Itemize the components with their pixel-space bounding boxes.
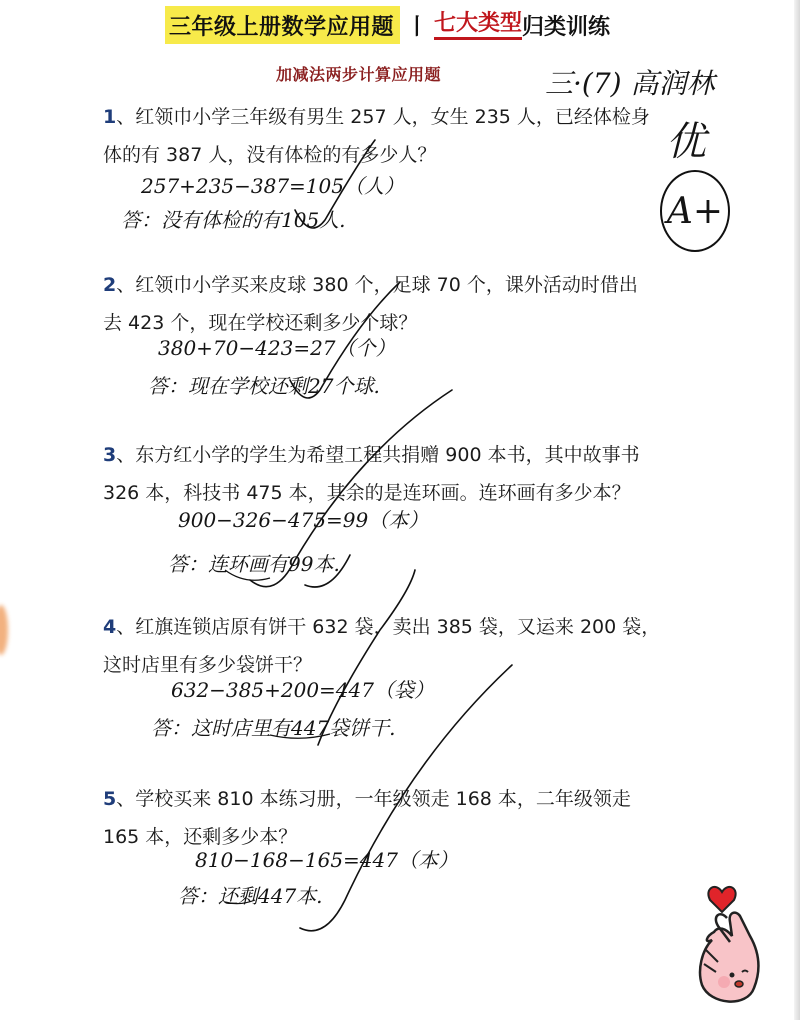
title-suffix: 归类训练: [522, 10, 610, 41]
finger-heart-sticker: [692, 880, 782, 1010]
problem-3: 3、东方红小学的学生为希望工程共捐赠 900 本书，其中故事书 326 本，科技…: [103, 436, 663, 512]
question-number: 1: [103, 106, 116, 128]
student-class-name: 三·(7) 高润林: [545, 62, 714, 102]
worksheet-title: 三年级上册数学应用题 丨 七大类型 归类训练: [165, 6, 610, 44]
section-subtitle: 加减法两步计算应用题: [276, 62, 441, 85]
calculation: 810−168−165=447（本）: [195, 844, 458, 873]
calculation: 257+235−387=105（人）: [141, 170, 404, 199]
problem-5: 5、学校买来 810 本练习册，一年级领走 168 本，二年级领走 165 本，…: [103, 780, 663, 856]
left-edge-smudge: [0, 605, 8, 655]
question: 1、红领巾小学三年级有男生 257 人，女生 235 人，已经体检身 体的有 3…: [103, 98, 663, 174]
question-line-1: 、红领巾小学买来皮球 380 个，足球 70 个，课外活动时借出: [116, 274, 638, 296]
question-number: 5: [103, 788, 116, 810]
answer: 答：这时店里有447袋饼干.: [151, 712, 396, 741]
question-line-2: 这时店里有多少袋饼干？: [103, 654, 312, 676]
question-line-2: 326 本，科技书 475 本，其余的是连环画。连环画有多少本？: [103, 482, 631, 504]
problem-4: 4、红旗连锁店原有饼干 632 袋，卖出 385 袋，又运来 200 袋， 这时…: [103, 608, 663, 684]
grade-area: 优 A+: [660, 110, 750, 250]
question-line-1: 、红旗连锁店原有饼干 632 袋，卖出 385 袋，又运来 200 袋，: [116, 616, 660, 638]
answer: 答：连环画有99本.: [168, 548, 340, 577]
problem-2: 2、红领巾小学买来皮球 380 个，足球 70 个，课外活动时借出 去 423 …: [103, 266, 663, 342]
question-line-1: 、红领巾小学三年级有男生 257 人，女生 235 人，已经体检身: [116, 106, 650, 128]
answer: 答：还剩447本.: [178, 880, 323, 909]
calculation: 380+70−423=27（个）: [158, 332, 396, 361]
question: 2、红领巾小学买来皮球 380 个，足球 70 个，课外活动时借出 去 423 …: [103, 266, 663, 342]
question-line-2: 去 423 个，现在学校还剩多少个球？: [103, 312, 417, 334]
question-number: 3: [103, 444, 116, 466]
question-number: 2: [103, 274, 116, 296]
calculation: 900−326−475=99（本）: [178, 504, 428, 533]
question-number: 4: [103, 616, 116, 638]
question-line-1: 、东方红小学的学生为希望工程共捐赠 900 本书，其中故事书: [116, 444, 639, 466]
title-separator: 丨: [406, 10, 428, 41]
finger-heart-icon: [692, 880, 782, 1010]
grade-mark: A+: [660, 170, 730, 252]
question: 4、红旗连锁店原有饼干 632 袋，卖出 385 袋，又运来 200 袋， 这时…: [103, 608, 663, 684]
grade-comment: 优: [666, 110, 706, 167]
question-line-2: 体的有 387 人，没有体检的有多少人？: [103, 144, 436, 166]
title-main: 三年级上册数学应用题: [165, 6, 400, 44]
question-line-1: 、学校买来 810 本练习册，一年级领走 168 本，二年级领走: [116, 788, 631, 810]
page-edge: [794, 0, 800, 1020]
answer: 答：现在学校还剩27个球.: [148, 370, 380, 399]
grade-mark-text: A+: [667, 191, 723, 232]
question: 3、东方红小学的学生为希望工程共捐赠 900 本书，其中故事书 326 本，科技…: [103, 436, 663, 512]
calculation: 632−385+200=447（袋）: [171, 674, 434, 703]
answer: 答：没有体检的有105人.: [121, 204, 346, 233]
problem-1: 1、红领巾小学三年级有男生 257 人，女生 235 人，已经体检身 体的有 3…: [103, 98, 663, 174]
title-highlight: 七大类型: [434, 11, 522, 40]
